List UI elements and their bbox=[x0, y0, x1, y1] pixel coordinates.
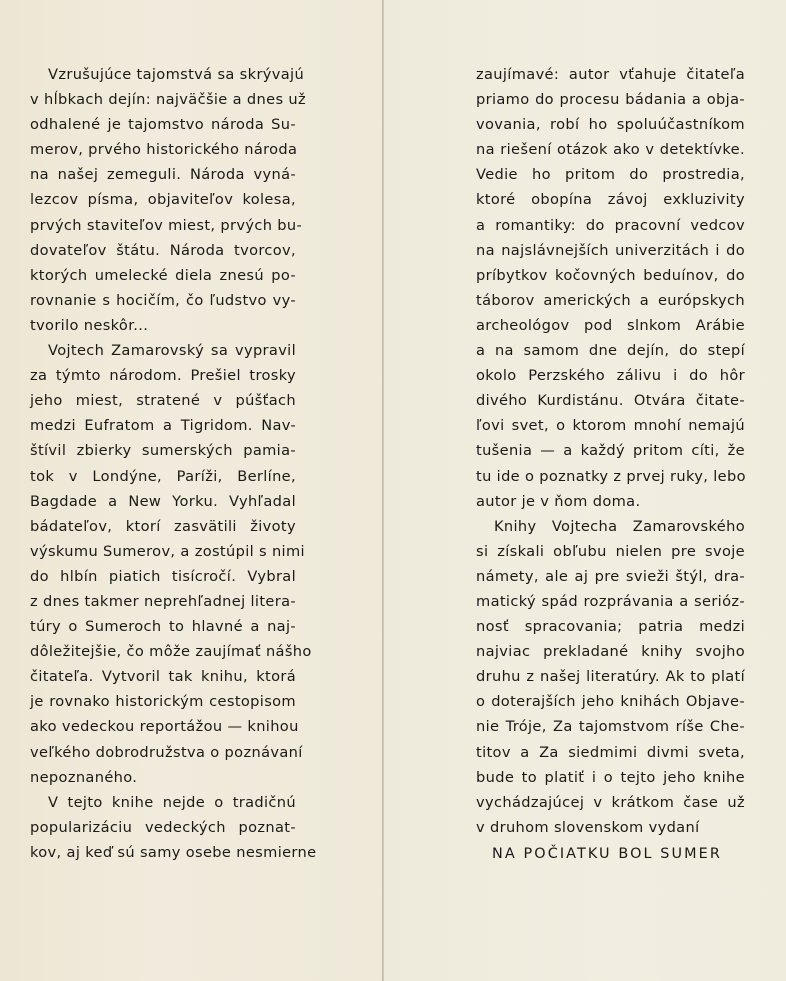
text-line: merov, prvého historického národa bbox=[30, 137, 296, 162]
text-line: divého Kurdistánu. Otvára čitate- bbox=[476, 388, 745, 413]
text-line: táborov amerických a európskych bbox=[476, 288, 745, 313]
text-line: nie Tróje, Za tajomstvom ríše Che- bbox=[476, 714, 745, 739]
text-line: kov, aj keď sú samy osebe nesmierne bbox=[30, 840, 296, 865]
text-line: v druhom slovenskom vydaní bbox=[476, 815, 745, 840]
text-line: zaujímavé: autor vťahuje čitateľa bbox=[476, 62, 745, 87]
text-line: veľkého dobrodružstva o poznávaní bbox=[30, 740, 296, 765]
text-line: matický spád rozprávania a serióz- bbox=[476, 589, 745, 614]
text-line: prvých staviteľov miest, prvých bu- bbox=[30, 213, 296, 238]
text-line: Vojtech Zamarovský sa vypravil bbox=[30, 338, 296, 363]
text-line: tok v Londýne, Paríži, Berlíne, bbox=[30, 464, 296, 489]
text-line: túry o Sumeroch to hlavné a naj- bbox=[30, 614, 296, 639]
text-line: námety, ale aj pre svieži štýl, dra- bbox=[476, 564, 745, 589]
text-line: jeho miest, stratené v púšťach bbox=[30, 388, 296, 413]
text-line: o doterajších jeho knihách Objave- bbox=[476, 689, 745, 714]
text-line: medzi Eufratom a Tigridom. Nav- bbox=[30, 413, 296, 438]
text-line: tvorilo neskôr... bbox=[30, 313, 296, 338]
text-line: vovania, robí ho spoluúčastníkom bbox=[476, 112, 745, 137]
text-line: tu ide o poznatky z prvej ruky, lebo bbox=[476, 464, 745, 489]
text-line: výskumu Sumerov, a zostúpil s nimi bbox=[30, 539, 296, 564]
text-line: ktoré obopína závoj exkluzivity bbox=[476, 187, 745, 212]
paragraph-continuation: zaujímavé: autor vťahuje čitateľa priamo… bbox=[476, 62, 745, 514]
text-line: z dnes takmer neprehľadnej litera- bbox=[30, 589, 296, 614]
text-line: okolo Perzského zálivu i do hôr bbox=[476, 363, 745, 388]
text-line: na riešení otázok ako v detektívke. bbox=[476, 137, 745, 162]
text-line: si získali obľubu nielen pre svoje bbox=[476, 539, 745, 564]
text-line: bádateľov, ktorí zasvätili životy bbox=[30, 514, 296, 539]
text-line: lezcov písma, objaviteľov kolesa, bbox=[30, 187, 296, 212]
text-line: archeológov pod slnkom Arábie bbox=[476, 313, 745, 338]
text-line: popularizáciu vedeckých poznat- bbox=[30, 815, 296, 840]
text-line: a na samom dne dejín, do stepí bbox=[476, 338, 745, 363]
right-column-text: zaujímavé: autor vťahuje čitateľa priamo… bbox=[476, 62, 745, 867]
paragraph-author-books: Knihy Vojtecha Zamarovského si získali o… bbox=[476, 514, 745, 840]
text-line: Knihy Vojtecha Zamarovského bbox=[476, 514, 745, 539]
text-line: Bagdade a New Yorku. Vyhľadal bbox=[30, 489, 296, 514]
paragraph-author-journey: Vojtech Zamarovský sa vypravil za týmto … bbox=[30, 338, 296, 790]
text-line: V tejto knihe nejde o tradičnú bbox=[30, 790, 296, 815]
text-line: je rovnako historickým cestopisom bbox=[30, 689, 296, 714]
paragraph-not-traditional: V tejto knihe nejde o tradičnú populariz… bbox=[30, 790, 296, 865]
text-line: ako vedeckou reportážou — knihou bbox=[30, 714, 296, 739]
text-line: štívil zbierky sumerských pamia- bbox=[30, 438, 296, 463]
text-line: Vzrušujúce tajomstvá sa skrývajú bbox=[30, 62, 296, 87]
text-line: príbytkov kočovných beduínov, do bbox=[476, 263, 745, 288]
text-line: na našej zemeguli. Národa vyná- bbox=[30, 162, 296, 187]
text-line: dôležitejšie, čo môže zaujímať nášho bbox=[30, 639, 296, 664]
text-line: najviac prekladané knihy svojho bbox=[476, 639, 745, 664]
text-line: priamo do procesu bádania a obja- bbox=[476, 87, 745, 112]
text-line: rovnanie s hocičím, čo ľudstvo vy- bbox=[30, 288, 296, 313]
left-column-text: Vzrušujúce tajomstvá sa skrývajú v hĺbka… bbox=[30, 62, 296, 865]
text-line: čitateľa. Vytvoril tak knihu, ktorá bbox=[30, 664, 296, 689]
text-line: autor je v ňom doma. bbox=[476, 489, 745, 514]
text-line: nosť spracovania; patria medzi bbox=[476, 614, 745, 639]
text-line: druhu z našej literatúry. Ak to platí bbox=[476, 664, 745, 689]
paragraph-intro: Vzrušujúce tajomstvá sa skrývajú v hĺbka… bbox=[30, 62, 296, 338]
text-line: dovateľov štátu. Národa tvorcov, bbox=[30, 238, 296, 263]
text-line: a romantiky: do pracovní vedcov bbox=[476, 213, 745, 238]
text-line: nepoznaného. bbox=[30, 765, 296, 790]
text-line: v hĺbkach dejín: najväčšie a dnes už bbox=[30, 87, 296, 112]
text-line: ľovi svet, o ktorom mnohí nemajú bbox=[476, 413, 745, 438]
text-line: tušenia — a každý pritom cíti, že bbox=[476, 438, 745, 463]
text-line: titov a Za siedmimi divmi sveta, bbox=[476, 740, 745, 765]
text-line: za týmto národom. Prešiel trosky bbox=[30, 363, 296, 388]
text-line: na najslávnejších univerzitách i do bbox=[476, 238, 745, 263]
book-title: NA POČIATKU BOL SUMER bbox=[476, 842, 745, 867]
text-line: ktorých umelecké diela znesú po- bbox=[30, 263, 296, 288]
text-line: odhalené je tajomstvo národa Su- bbox=[30, 112, 296, 137]
text-line: do hlbín piatich tisícročí. Vybral bbox=[30, 564, 296, 589]
text-line: Vedie ho pritom do prostredia, bbox=[476, 162, 745, 187]
text-line: bude to platiť i o tejto jeho knihe bbox=[476, 765, 745, 790]
page-fold-divider bbox=[382, 0, 384, 981]
text-line: vychádzajúcej v krátkom čase už bbox=[476, 790, 745, 815]
